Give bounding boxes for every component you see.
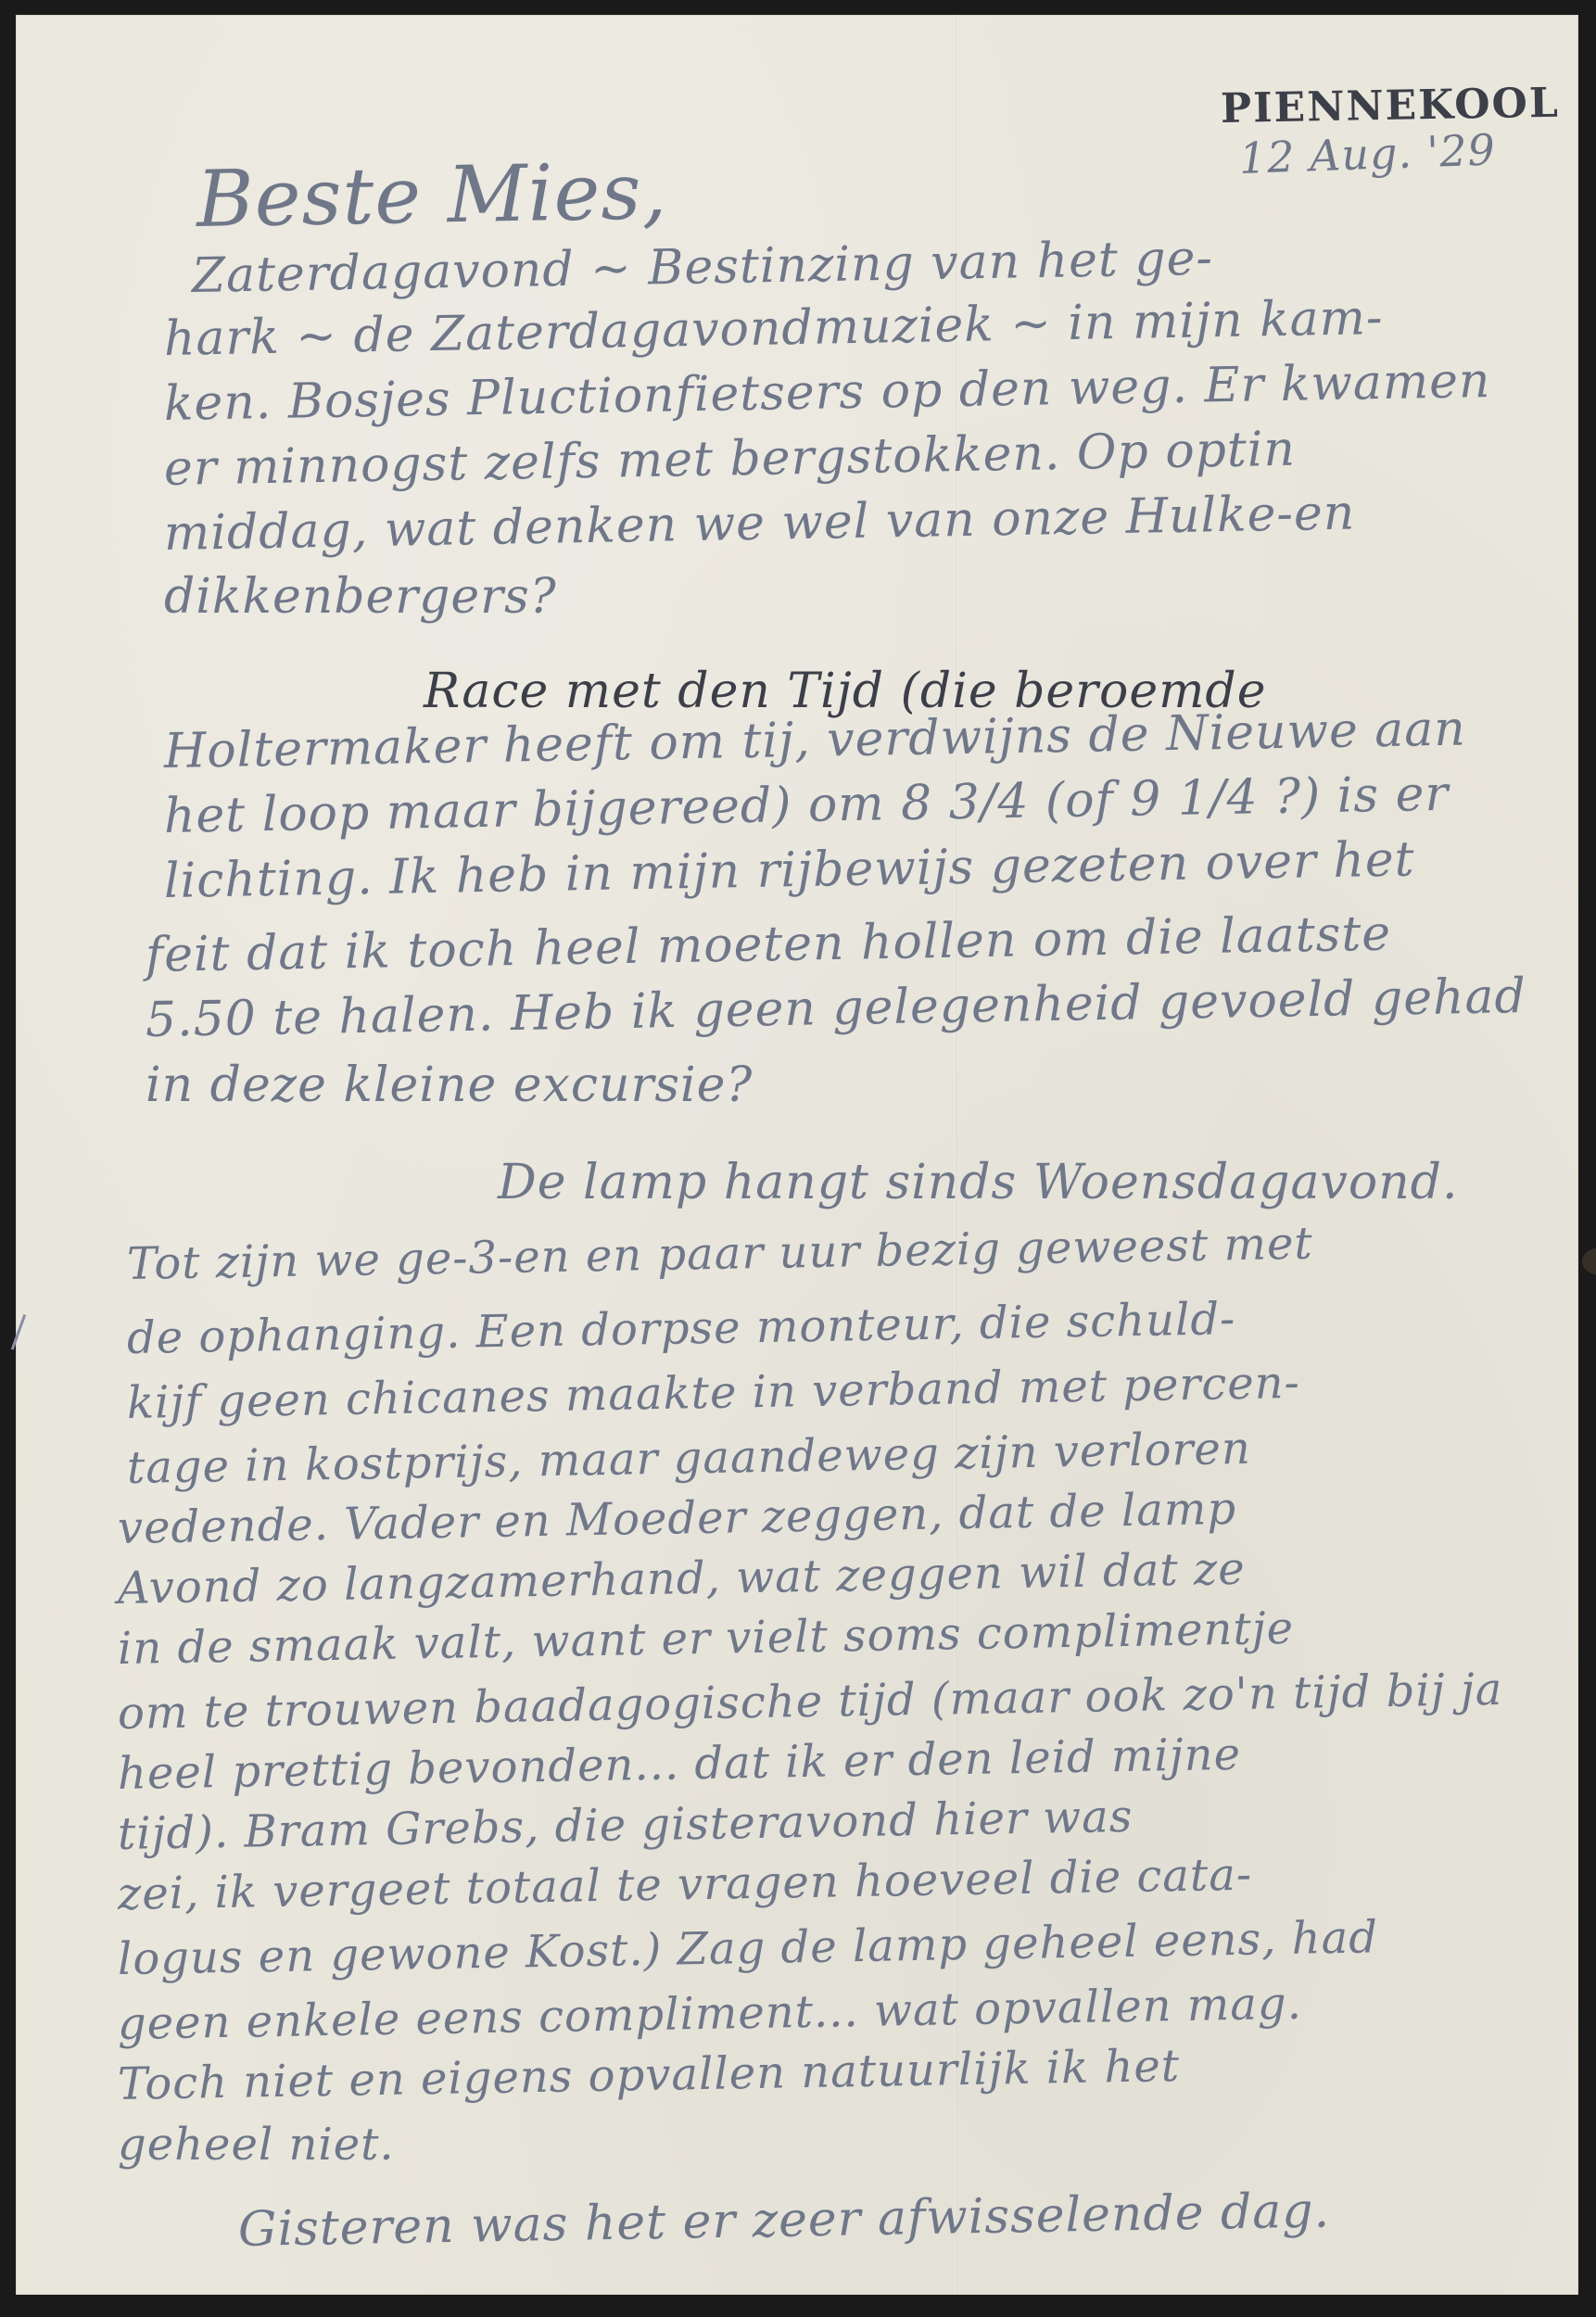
body-line: kijf geen chicanes maakte in verband met…	[127, 1357, 1301, 1429]
letter-place: PIENNEKOOL	[1221, 80, 1561, 133]
body-line: er minnogst zelfs met bergstokken. Op op…	[163, 422, 1296, 497]
body-line: het loop maar bijgereed) om 8 3/4 (of 9 …	[163, 766, 1449, 844]
body-line: feit dat ik toch heel moeten hollen om d…	[145, 906, 1391, 983]
body-line: om te trouwen baadagogische tijd (maar o…	[118, 1664, 1503, 1740]
body-line: tijd). Bram Grebs, die gisteravond hier …	[118, 1791, 1134, 1860]
paper-stain	[1582, 1247, 1596, 1275]
body-line: logus en gewone Kost.) Zag de lamp gehee…	[118, 1911, 1379, 1985]
body-line: middag, wat denken we wel van onze Hulke…	[163, 486, 1355, 562]
body-line: geheel niet.	[118, 2119, 395, 2171]
body-line: tage in kostprijs, maar gaandeweg zijn v…	[127, 1423, 1252, 1494]
body-line: 5.50 te halen. Heb ik geen gelegenheid g…	[145, 969, 1526, 1048]
body-line: De lamp hangt sinds Woensdagavond.	[498, 1155, 1459, 1210]
letter-page: PIENNEKOOL 12 Aug. '29 Beste Mies, Zater…	[16, 15, 1578, 2295]
body-line: heel prettig bevonden... dat ik er den l…	[118, 1728, 1242, 1800]
body-line: vedende. Vader en Moeder zeggen, dat de …	[118, 1483, 1237, 1554]
body-line: in deze kleine excursie?	[146, 1057, 753, 1113]
body-line: Holtermaker heeft om tij, verdwijns de N…	[163, 701, 1466, 779]
body-line: Toch niet en eigens opvallen natuurlijk …	[118, 2040, 1181, 2110]
body-line: in de smaak valt, want er vielt soms com…	[118, 1602, 1295, 1675]
body-line: de ophanging. Een dorpse monteur, die sc…	[127, 1293, 1236, 1364]
body-line: geen enkele eens compliment... wat opval…	[118, 1978, 1303, 2050]
body-line: Tot zijn we ge-3-en en paar uur bezig ge…	[127, 1218, 1314, 1290]
letter-salutation: Beste Mies,	[196, 146, 668, 245]
body-line: hark ~ de Zaterdagavondmuziek ~ in mijn …	[163, 290, 1383, 367]
body-line: Gisteren was het er zeer afwisselende da…	[237, 2183, 1330, 2258]
letter-date: 12 Aug. '29	[1238, 124, 1497, 184]
body-line: lichting. Ik heb in mijn rijbewijs gezet…	[163, 831, 1415, 909]
body-line: dikkenbergers?	[164, 569, 557, 625]
body-line: Avond zo langzamerhand, wat zeggen wil d…	[118, 1543, 1247, 1614]
body-line: zei, ik vergeet totaal te vragen hoeveel…	[118, 1849, 1253, 1920]
body-line: ken. Bosjes Pluctionfietsers op den weg.…	[163, 353, 1490, 432]
